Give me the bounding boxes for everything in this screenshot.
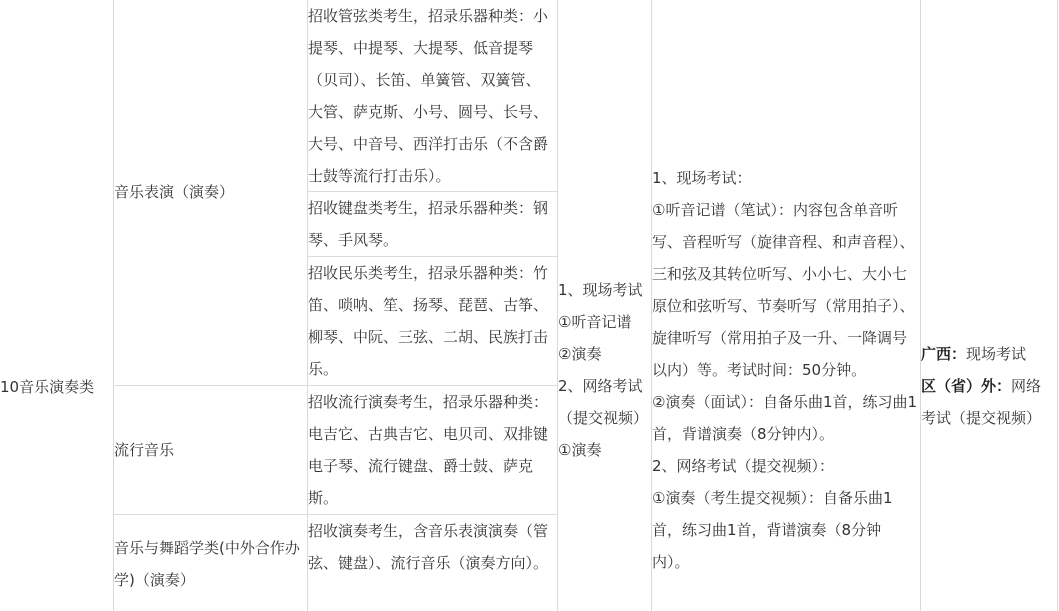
column-divider xyxy=(1057,0,1058,611)
instrument-req-sino-foreign: 招收演奏考生，含音乐表演演奏（管弦、键盘）、流行音乐（演奏方向）。 xyxy=(308,515,554,579)
major-cell-pop-music: 流行音乐 xyxy=(114,434,304,466)
outside-label: 区（省）外： xyxy=(921,377,1011,395)
guangxi-label: 广西： xyxy=(921,345,966,363)
exam-content-line: 1、现场考试： xyxy=(652,162,918,194)
exam-items-cell: 1、现场考试 ①听音记谱 ②演奏 2、网络考试（提交视频） ①演奏 xyxy=(558,274,650,466)
exam-item: ②演奏 xyxy=(558,338,650,370)
column-divider xyxy=(920,0,921,611)
instrument-req-pop: 招收流行演奏考生，招录乐器种类：电吉它、古典吉它、电贝司、双排键电子琴、流行键盘… xyxy=(308,386,554,514)
instrument-req-orchestral: 招收管弦类考生，招录乐器种类：小提琴、中提琴、大提琴、低音提琴（贝司）、长笛、单… xyxy=(308,0,554,192)
exam-content-line: ②演奏（面试）：自备乐曲1首，练习曲1首，背谱演奏（8分钟内）。 xyxy=(652,386,918,450)
exam-content-cell: 1、现场考试： ①听音记谱（笔试）：内容包含单音听写、音程听写（旋律音程、和声音… xyxy=(652,162,918,578)
exam-mode-cell: 广西：现场考试 区（省）外：网络考试（提交视频） xyxy=(921,338,1055,434)
instrument-req-folk: 招收民乐类考生，招录乐器种类：竹笛、唢呐、笙、扬琴、琵琶、古筝、柳琴、中阮、三弦… xyxy=(308,257,554,385)
exam-content-line: 2、网络考试（提交视频）： xyxy=(652,450,918,482)
exam-item: 1、现场考试 xyxy=(558,274,650,306)
instrument-req-keyboard: 招收键盘类考生，招录乐器种类：钢琴、手风琴。 xyxy=(308,192,554,256)
exam-item: ①听音记谱 xyxy=(558,306,650,338)
exam-item: ①演奏 xyxy=(558,434,650,466)
guangxi-value: 现场考试 xyxy=(966,345,1026,363)
column-divider xyxy=(113,0,114,611)
exam-item: 2、网络考试（提交视频） xyxy=(558,370,650,434)
category-cell: 10音乐演奏类 xyxy=(0,371,112,403)
major-cell-sino-foreign: 音乐与舞蹈学类(中外合作办学)（演奏） xyxy=(114,532,302,596)
exam-content-line: ①听音记谱（笔试）：内容包含单音听写、音程听写（旋律音程、和声音程）、三和弦及其… xyxy=(652,194,918,386)
major-cell-music-performance: 音乐表演（演奏） xyxy=(114,176,304,208)
exam-content-line: ①演奏（考生提交视频）：自备乐曲1首，练习曲1首，背谱演奏（8分钟内）。 xyxy=(652,482,918,578)
